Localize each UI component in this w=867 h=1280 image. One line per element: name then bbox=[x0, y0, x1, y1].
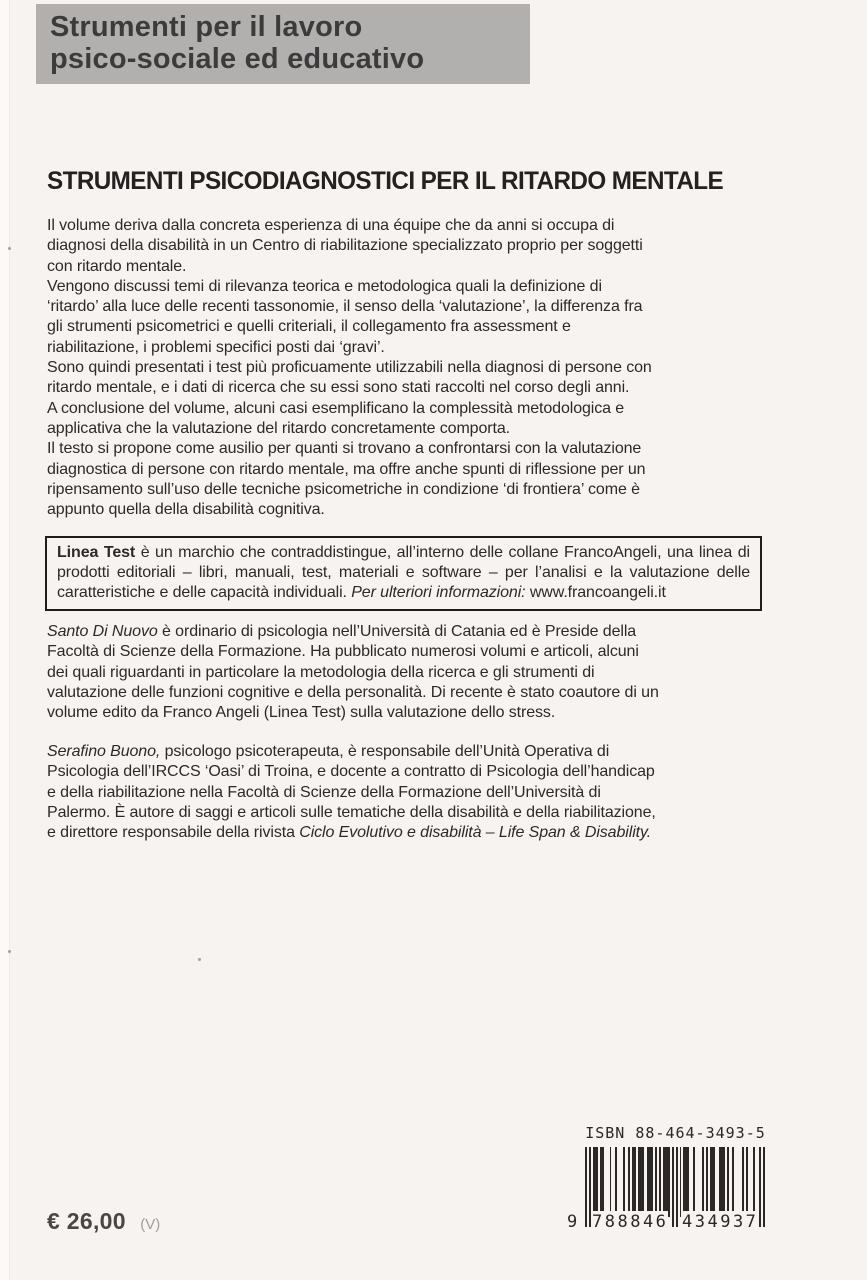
series-banner-line2: psico-sociale ed educativo bbox=[50, 43, 530, 75]
price: € 26,00 (V) bbox=[47, 1208, 160, 1235]
isbn-block: ISBN 88-464-3493-5 9 788846 434937 bbox=[558, 1124, 793, 1249]
price-note: (V) bbox=[140, 1216, 160, 1233]
author-bio-serafino-buono: Serafino Buono, psicologo psicoterapeuta… bbox=[47, 742, 817, 843]
book-description: Il volume deriva dalla concreta esperien… bbox=[47, 216, 795, 520]
isbn-label: ISBN 88-464-3493-5 bbox=[558, 1124, 793, 1142]
book-title: STRUMENTI PSICODIAGNOSTICI PER IL RITARD… bbox=[47, 167, 813, 196]
description-paragraph: Vengono discussi temi di rilevanza teori… bbox=[47, 277, 795, 358]
scan-speckle bbox=[8, 950, 11, 953]
scan-speckle bbox=[8, 247, 11, 250]
description-paragraph: Sono quindi presentati i test più profic… bbox=[47, 358, 795, 399]
barcode-bars bbox=[585, 1147, 766, 1249]
barcode-digits-right: 434937 bbox=[682, 1211, 758, 1233]
linea-test-box: Linea Test è un marchio che contraddisti… bbox=[45, 536, 762, 611]
description-paragraph: A conclusione del volume, alcuni casi es… bbox=[47, 399, 795, 440]
barcode-digits-left: 788846 bbox=[592, 1211, 668, 1233]
barcode-digit-lead: 9 bbox=[567, 1211, 577, 1233]
author-bio-santo-di-nuovo: Santo Di Nuovo è ordinario di psicologia… bbox=[47, 622, 817, 723]
description-paragraph: Il testo si propone come ausilio per qua… bbox=[47, 439, 795, 520]
barcode: 9 788846 434937 bbox=[585, 1147, 766, 1249]
book-back-cover: Strumenti per il lavoro psico-sociale ed… bbox=[0, 0, 867, 1280]
description-paragraph: Il volume deriva dalla concreta esperien… bbox=[47, 216, 795, 277]
series-banner-line1: Strumenti per il lavoro bbox=[50, 11, 530, 43]
scan-speckle bbox=[198, 958, 201, 961]
price-value: € 26,00 bbox=[47, 1208, 126, 1234]
series-banner: Strumenti per il lavoro psico-sociale ed… bbox=[36, 4, 530, 84]
